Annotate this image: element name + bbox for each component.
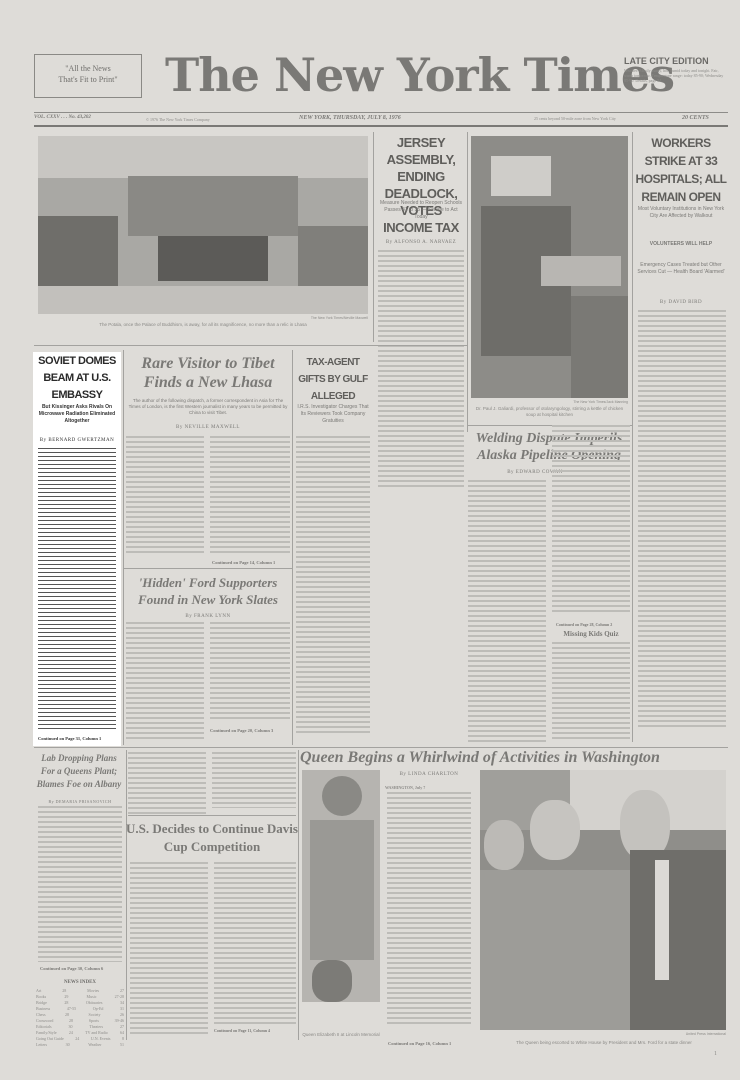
- price-notice: 25 cents beyond 50-mile zone from New Yo…: [534, 116, 664, 121]
- pipeline-continued: Continued on Page 28, Column 2: [556, 622, 612, 627]
- davis-headline: U.S. Decides to Continue Davis Cup Compe…: [126, 820, 298, 856]
- volume-number: VOL. CXXV . . . No. 43,202: [34, 115, 91, 120]
- tax-agent-deck: I.R.S. Investigator Charges That Its Rev…: [295, 404, 371, 425]
- missing-body: [552, 642, 630, 742]
- ford-headline: 'Hidden' Ford Supporters Found in New Yo…: [124, 574, 292, 608]
- price: 20 CENTS: [682, 115, 709, 121]
- davis-body-1: [130, 862, 208, 1034]
- weather-summary: Weather: Mostly sunny, hot, humid today …: [624, 68, 728, 98]
- strike-deck-1: Most Voluntary Institutions in New York …: [636, 206, 726, 220]
- ford-jump-body-1: [128, 752, 206, 814]
- queen-continued: Continued on Page 16, Column 1: [388, 1041, 451, 1046]
- lab-body: [38, 806, 122, 962]
- jersey-body: [378, 250, 464, 490]
- jersey-byline: By ALFONSO A. NARVAEZ: [378, 240, 464, 245]
- news-index-cell: 24: [75, 1036, 79, 1042]
- potala-photo-credit: The New York Times/Neville Maxwell: [250, 316, 368, 320]
- ear-slogan: "All the News That's Fit to Print": [58, 64, 117, 84]
- copyright: © 1976 The New York Times Company: [146, 117, 210, 122]
- tax-agent-body: [296, 436, 370, 736]
- soviet-byline: By BERNARD GWERTZMAN: [36, 438, 118, 443]
- ford-body-1: [126, 622, 204, 742]
- queen-photo-caption: The Queen being escorted to White House …: [482, 1040, 726, 1045]
- tax-agent-headline: TAX-AGENT GIFTS BY GULF ALLEGED: [294, 354, 372, 405]
- queen-intro: By LINDA CHARLTON WASHINGTON, July 7: [385, 772, 473, 790]
- soviet-continued: Continued on Page 31, Column 1: [38, 736, 101, 741]
- news-index-cell: 51: [120, 1042, 124, 1048]
- pipeline-body-1: [468, 480, 546, 742]
- ford-body-2: [210, 622, 290, 722]
- strike-body: [638, 310, 726, 730]
- tibet-continued: Continued on Page 14, Column 1: [212, 560, 275, 565]
- queen-state-dinner-photo: [480, 770, 726, 1030]
- hospital-strike-photo: [471, 136, 628, 398]
- edition-label: LATE CITY EDITION: [624, 56, 709, 66]
- dateline: NEW YORK, THURSDAY, JULY 8, 1976: [299, 115, 401, 121]
- ford-byline: By FRANK LYNN: [128, 614, 288, 619]
- ford-continued: Continued on Page 20, Column 3: [210, 728, 273, 733]
- lab-byline: By DEMARIA PRISANOVICH: [36, 799, 124, 804]
- news-index: NEWS INDEX Art28Movies27Books29Music27-2…: [36, 980, 124, 1048]
- news-index-row: Letters30Weather51: [36, 1042, 124, 1048]
- folio-line: VOL. CXXV . . . No. 43,202 © 1976 The Ne…: [34, 114, 728, 124]
- strike-deck-3: Emergency Cases Treated but Other Servic…: [636, 262, 726, 276]
- lincoln-statue-photo: [302, 770, 380, 1002]
- davis-continued: Continued on Page 11, Column 4: [214, 1028, 270, 1033]
- news-index-title: NEWS INDEX: [36, 980, 124, 985]
- missing-headline: Missing Kids Quiz: [552, 630, 630, 638]
- folio-top-rule: [34, 112, 728, 113]
- queen-dateline: WASHINGTON, July 7: [385, 785, 473, 790]
- strike-byline: By DAVID BIRD: [636, 300, 726, 305]
- tibet-body-1: [126, 436, 204, 554]
- news-index-cell: 24: [69, 1030, 73, 1036]
- potala-photo: [38, 136, 368, 314]
- tibet-byline: By NEVILLE MAXWELL: [128, 425, 288, 430]
- page-number: 1: [714, 1052, 717, 1057]
- masthead-title: The New York Times: [165, 48, 595, 102]
- folio-bottom-rule: [34, 125, 728, 127]
- news-index-cell: Weather: [88, 1042, 101, 1048]
- jersey-deck: Measure Needed to Reopen Schools Passes …: [378, 200, 464, 221]
- news-index-cell: Letters: [36, 1042, 47, 1048]
- hospital-photo-caption: Dr. Paul J. Galiardi, professor of otola…: [472, 406, 627, 418]
- lab-headline: Lab Dropping Plans For a Queens Plant; B…: [34, 752, 124, 791]
- pipeline-body-2: [552, 425, 630, 615]
- ford-jump-body-2: [212, 752, 296, 808]
- queen-body: [387, 792, 471, 1026]
- queen-headline: Queen Begins a Whirlwind of Activities i…: [300, 748, 728, 768]
- strike-deck-2: VOLUNTEERS WILL HELP: [636, 240, 726, 248]
- queen-byline: By LINDA CHARLTON: [385, 772, 473, 777]
- tibet-body-2: [210, 436, 290, 554]
- soviet-headline: SOVIET DOMES BEAM AT U.S. EMBASSY: [34, 353, 120, 404]
- lab-continued: Continued on Page 30, Column 6: [40, 966, 103, 971]
- masthead-ear-left: "All the News That's Fit to Print": [34, 54, 142, 98]
- davis-body-2: [214, 862, 296, 1024]
- tibet-intro: The author of the following dispatch, a …: [128, 398, 288, 416]
- hospital-photo-credit: The New York Times/Jack Manning: [540, 400, 628, 404]
- queen-photo-credit: United Press International: [640, 1032, 726, 1036]
- news-index-cell: 30: [66, 1042, 70, 1048]
- strike-headline: WORKERS STRIKE AT 33 HOSPITALS; ALL REMA…: [634, 134, 728, 206]
- soviet-body: [38, 448, 116, 732]
- potala-photo-caption: The Potala, once the Palace of Buddhism,…: [40, 322, 366, 327]
- tibet-headline: Rare Visitor to Tibet Finds a New Lhasa: [126, 354, 290, 392]
- statue-caption: Queen Elizabeth II at Lincoln Memorial: [302, 1032, 380, 1038]
- soviet-deck: But Kissinger Asks Rivals On Microwave R…: [36, 404, 118, 425]
